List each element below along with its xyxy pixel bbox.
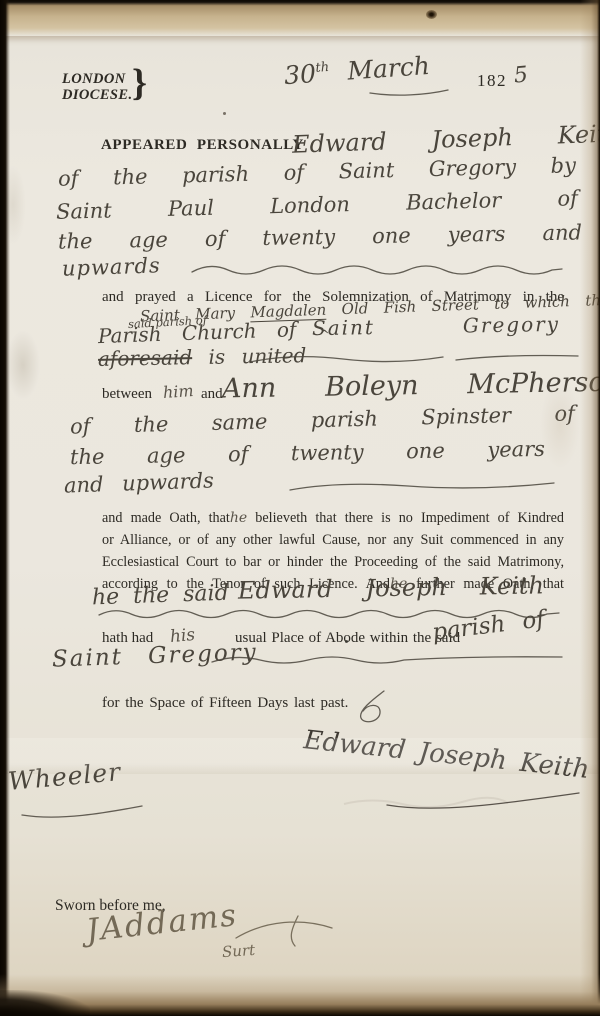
flourish-line bbox=[208, 650, 566, 668]
date-month: March bbox=[346, 51, 430, 86]
page-corner-shadow bbox=[0, 990, 90, 1016]
diocese-header: LONDON DIOCESE. bbox=[62, 71, 133, 103]
oath-pronoun1: he bbox=[230, 510, 247, 526]
ink-dot bbox=[223, 112, 226, 115]
ink-dot bbox=[345, 640, 348, 643]
oath-line1: and made Oath, thathe believeth that the… bbox=[102, 511, 564, 525]
diocese-line2: DIOCESE. bbox=[62, 87, 133, 103]
flourish-line bbox=[188, 260, 566, 278]
diocese-brace: } bbox=[132, 64, 147, 102]
between-pronoun: him bbox=[162, 383, 194, 401]
official-signature-suffix: Surt bbox=[222, 943, 256, 960]
between-and-label: and bbox=[201, 387, 223, 402]
pen-mark bbox=[352, 688, 394, 726]
date-script: 30th March bbox=[283, 53, 430, 88]
duration-label: for the Space of Fifteen Days last past. bbox=[102, 696, 348, 711]
appeared-script-line2: Saint Paul London Bachelor of bbox=[56, 188, 578, 223]
flourish-line bbox=[248, 350, 582, 366]
oath-line1-a: and made Oath, that bbox=[102, 510, 230, 526]
between-script-line3: and upwards bbox=[64, 470, 215, 496]
oath-line1-b: believeth that there is no Impediment of… bbox=[255, 510, 564, 526]
year-printed: 182 bbox=[477, 72, 507, 89]
page-bottom-edge bbox=[0, 974, 600, 1016]
abode-printed-text: usual Place of Abode within the said bbox=[235, 631, 460, 646]
between-script-line2: the age of twenty one years bbox=[70, 439, 545, 468]
scanned-document-page: LONDON DIOCESE. } 30th March 182 5 APPEA… bbox=[0, 0, 600, 1016]
appeared-script-line4: upwards bbox=[62, 255, 161, 279]
date-flourish bbox=[368, 86, 450, 98]
oath-line3: Ecclesiastical Court to bar or hinder th… bbox=[102, 555, 564, 569]
signature-underline bbox=[385, 790, 583, 814]
paper-smudge bbox=[6, 330, 40, 400]
appeared-label: APPEARED PERSONALLY bbox=[101, 138, 304, 153]
date-day: 30 bbox=[283, 59, 317, 90]
appeared-script-line1: of the parish of Saint Gregory by bbox=[58, 155, 576, 190]
ink-dot bbox=[426, 10, 437, 19]
page-left-edge bbox=[0, 0, 10, 1016]
appellant-name-script: Edward Joseph Keith bbox=[292, 121, 600, 157]
date-ordinal: th bbox=[315, 60, 330, 76]
struck-word: aforesaid bbox=[98, 345, 193, 371]
between-label: between bbox=[102, 387, 152, 402]
between-script-line1: of the same parish Spinster of bbox=[70, 403, 575, 437]
appeared-script-line3: the age of twenty one years and bbox=[58, 222, 582, 252]
oath-line2: or Alliance, or of any other lawful Caus… bbox=[102, 533, 564, 547]
page-right-edge bbox=[580, 0, 600, 1016]
flourish-line bbox=[288, 478, 558, 494]
paper-smudge bbox=[540, 380, 580, 470]
page-top-edge bbox=[0, 0, 600, 36]
diocese-line1: LONDON bbox=[62, 71, 133, 87]
year-script: 5 bbox=[513, 64, 529, 87]
scan-seam bbox=[0, 738, 600, 774]
signature-underline bbox=[20, 802, 146, 822]
interline-part-b: Magdalen bbox=[250, 301, 326, 323]
oath-name-script: Edward Joseph Keith bbox=[238, 573, 544, 602]
